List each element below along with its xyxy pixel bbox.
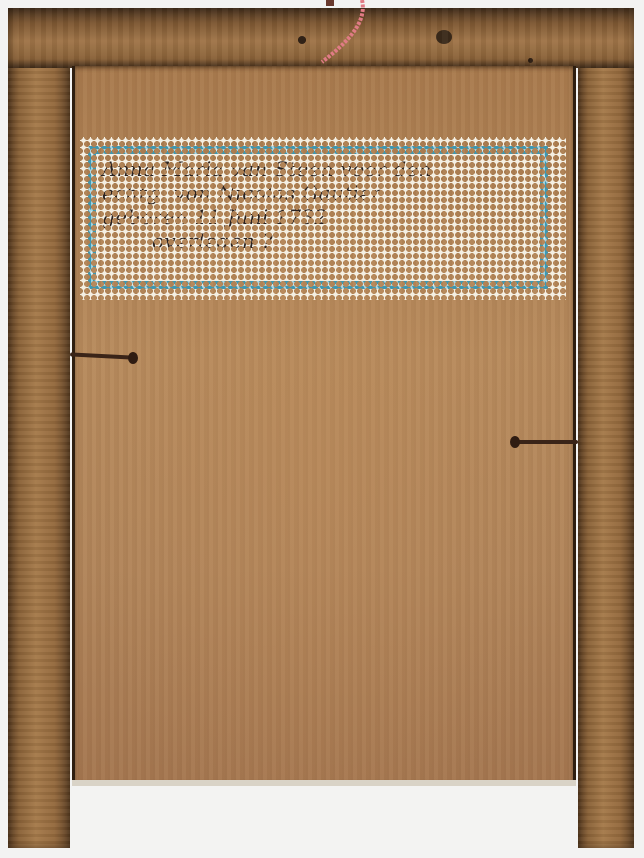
handwritten-label: Anna Maria van Steen voor den echtg: von… — [80, 137, 566, 300]
nail-hole — [298, 36, 306, 44]
nail-right — [516, 440, 578, 444]
worm-hole — [528, 58, 533, 63]
panel-edge-right — [573, 66, 576, 786]
panel-edge-left — [72, 66, 75, 786]
nail-head-left — [128, 352, 138, 364]
faint-pencil-inscription — [140, 330, 540, 372]
glass-edge — [72, 780, 576, 786]
nail-head-right — [510, 436, 520, 448]
label-text: Anna Maria van Steen voor den echtg: von… — [102, 157, 540, 253]
hanging-string — [316, 0, 376, 66]
label-line-3: geboren 11 Juni 1732 — [102, 205, 540, 229]
label-line-2: echtg: von Nicolas Gautier — [102, 181, 540, 205]
frame-left-stile — [8, 8, 70, 848]
frame-right-stile — [578, 8, 634, 848]
wood-knot — [436, 30, 452, 44]
label-line-4: overleden ? — [102, 229, 540, 253]
label-line-1: Anna Maria van Steen voor den — [102, 157, 540, 181]
